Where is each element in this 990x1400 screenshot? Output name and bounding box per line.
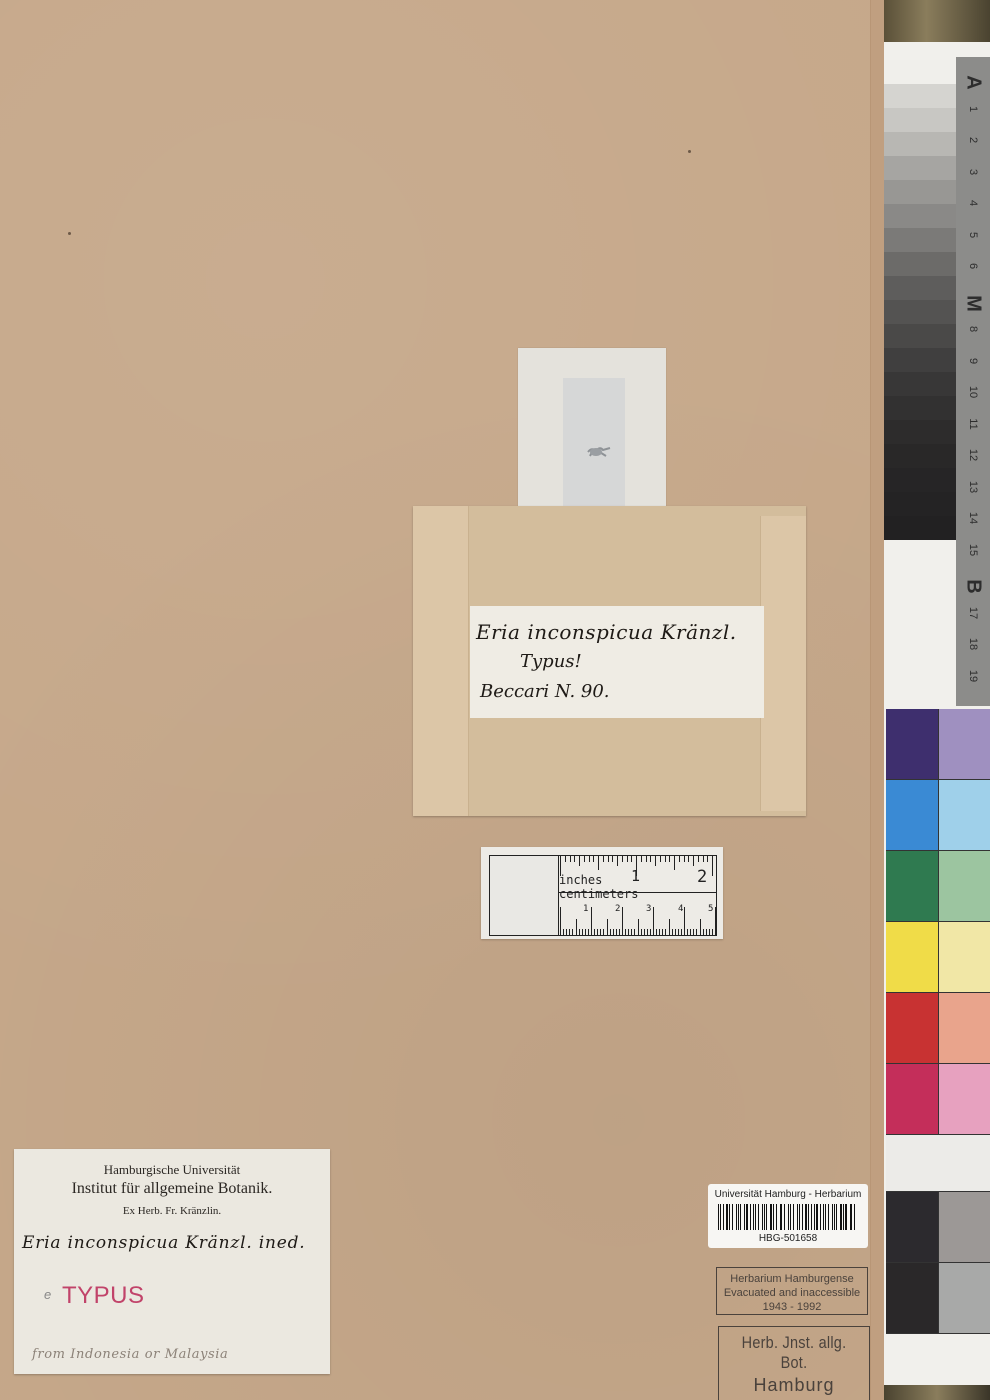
gray-step: [884, 324, 956, 348]
barcode-bar: [832, 1204, 833, 1230]
gray-step-label: 19: [967, 659, 979, 693]
cm-tick: [653, 907, 654, 935]
cm-tick: [634, 929, 635, 935]
glassine-packet: [518, 348, 666, 508]
gray-step: [884, 108, 956, 132]
barcode-institution: Universität Hamburg - Herbarium: [708, 1189, 868, 1200]
barcode-bar: [758, 1204, 759, 1230]
inch-tick: [612, 856, 613, 862]
cm-tick: [681, 929, 682, 935]
cm-tick: [706, 929, 707, 935]
herbarium-source: Ex Herb. Fr. Kränzlin.: [14, 1205, 330, 1217]
barcode-bar: [793, 1204, 794, 1230]
inch-tick: [598, 856, 599, 870]
gray-step: [884, 420, 956, 444]
barcode-bar: [850, 1204, 851, 1230]
color-patch-row: [886, 709, 990, 780]
scale-ruler: inches centimeters 1 2 1 2 3 4 5: [481, 847, 723, 939]
gray-step: [884, 204, 956, 228]
gray-step: [884, 132, 956, 156]
inch-tick: [589, 856, 590, 862]
cm-tick: [678, 929, 679, 935]
inch-tick: [570, 856, 571, 862]
inch-tick: [707, 856, 708, 862]
barcode-bar: [770, 1204, 772, 1230]
color-patch: [939, 709, 990, 779]
institute-stamp-line: Herb. Jnst. allg. Bot.: [730, 1333, 858, 1373]
inch-tick: [584, 856, 585, 862]
gray-step-label: 9: [967, 344, 979, 378]
cm-tick: [684, 907, 685, 935]
barcode-bar: [736, 1204, 737, 1230]
university-name: Hamburgische Universität: [14, 1162, 330, 1178]
gray-scale-labels: A123456M89101112131415B171819: [956, 57, 990, 706]
dark-patch-row: [886, 1192, 990, 1263]
background-shadow: [884, 0, 990, 42]
inch-tick: [703, 856, 704, 862]
barcode-bar: [723, 1204, 724, 1230]
cm-tick: [656, 929, 657, 935]
cm-mark-4: 4: [678, 904, 683, 914]
determination-typus: Typus!: [520, 651, 582, 672]
gray-step: [884, 396, 956, 420]
evacuation-stamp-line: 1943 - 1992: [717, 1300, 867, 1314]
barcode-bar: [823, 1204, 824, 1230]
barcode-bar: [854, 1204, 855, 1230]
envelope-flap-left: [413, 506, 469, 816]
inch-tick: [593, 856, 594, 862]
barcode-bar: [808, 1204, 809, 1230]
cm-tick: [709, 929, 710, 935]
cm-tick: [603, 929, 604, 935]
barcode-bar: [825, 1204, 826, 1230]
gray-step: [884, 372, 956, 396]
inch-tick: [631, 856, 632, 862]
cm-tick: [594, 929, 595, 935]
gray-step-label: 5: [967, 218, 979, 252]
gray-step: [884, 252, 956, 276]
gray-step-label: 6: [967, 249, 979, 283]
gray-step-label: 17: [967, 596, 979, 630]
evacuation-stamp: Herbarium Hamburgense Evacuated and inac…: [716, 1267, 868, 1315]
barcode-bar: [718, 1204, 719, 1230]
gray-step: [884, 180, 956, 204]
inch-tick: [684, 856, 685, 862]
barcode-bar: [784, 1204, 785, 1230]
background-shadow: [884, 1385, 990, 1400]
determination-name: Eria inconspicua Kränzl.: [476, 620, 737, 644]
barcode-bar: [773, 1204, 774, 1230]
gray-step: [884, 228, 956, 252]
barcode-bar: [776, 1204, 777, 1230]
cm-tick: [641, 929, 642, 935]
color-patch: [886, 1064, 939, 1134]
gray-step: [884, 156, 956, 180]
cm-tick: [665, 929, 666, 935]
barcode-bar: [788, 1204, 789, 1230]
cm-tick: [610, 929, 611, 935]
color-patch: [886, 993, 939, 1063]
gray-step-label: 1: [967, 92, 979, 126]
inch-tick: [603, 856, 604, 862]
cm-tick: [644, 929, 645, 935]
barcode-bar: [814, 1204, 815, 1230]
sheet-edge: [870, 0, 885, 1400]
cm-tick: [638, 919, 639, 935]
barcode-bar: [746, 1204, 748, 1230]
gray-step-label: 12: [967, 438, 979, 472]
barcode-bar: [780, 1204, 781, 1230]
barcode-bar: [790, 1204, 792, 1230]
debris-dot: [688, 150, 691, 153]
gray-step: [884, 468, 956, 492]
color-patch: [886, 780, 939, 850]
cm-tick: [700, 919, 701, 935]
cm-tick: [690, 929, 691, 935]
institute-stamp-line: Hamburg: [719, 1375, 869, 1396]
inch-tick: [712, 856, 713, 876]
cm-tick: [659, 929, 660, 935]
barcode-bar: [805, 1204, 806, 1230]
cm-mark-3: 3: [646, 904, 651, 914]
barcode-bar: [836, 1204, 837, 1230]
gray-step-label: 13: [967, 470, 979, 504]
ruler-blank-area: [490, 856, 559, 935]
gray-scale-strip: [884, 60, 956, 540]
gray-step: [884, 276, 956, 300]
inch-tick: [660, 856, 661, 862]
barcode-bar: [828, 1204, 829, 1230]
cm-tick: [703, 929, 704, 935]
gray-step: [884, 444, 956, 468]
cm-tick: [672, 929, 673, 935]
barcode-bar: [726, 1204, 728, 1230]
origin-note: from Indonesia or Malaysia: [32, 1347, 228, 1362]
inch-tick: [650, 856, 651, 862]
barcode-bar: [845, 1204, 846, 1230]
gray-step-label: 10: [967, 375, 979, 409]
cm-tick: [591, 907, 592, 935]
evacuation-stamp-line: Herbarium Hamburgense: [717, 1272, 867, 1286]
centimeters-label: centimeters: [559, 887, 638, 901]
inch-tick: [665, 856, 666, 862]
cm-tick: [607, 919, 608, 935]
cm-tick: [712, 929, 713, 935]
inch-tick: [693, 856, 694, 866]
cm-tick: [675, 929, 676, 935]
inch-tick: [669, 856, 670, 862]
color-patch: [939, 1263, 990, 1333]
gray-step-label: 2: [967, 123, 979, 157]
barcode-bar: [799, 1204, 800, 1230]
cm-mark-5: 5: [708, 904, 713, 914]
color-patch: [939, 993, 990, 1063]
inch-tick: [674, 856, 675, 870]
color-patch: [939, 922, 990, 992]
barcode-bar: [720, 1204, 721, 1230]
cm-tick: [631, 929, 632, 935]
color-patch: [939, 780, 990, 850]
cm-tick: [696, 929, 697, 935]
barcode-bar: [750, 1204, 751, 1230]
inch-tick: [655, 856, 656, 866]
cm-tick: [597, 929, 598, 935]
institute-stamp: Herb. Jnst. allg. Bot. Hamburg: [718, 1326, 870, 1400]
gray-step: [884, 84, 956, 108]
barcode-bar: [764, 1204, 765, 1230]
color-patch: [886, 1192, 939, 1262]
color-patch: [886, 1263, 939, 1333]
cm-tick: [569, 929, 570, 935]
cm-tick: [572, 929, 573, 935]
white-patch: [886, 1135, 990, 1192]
inch-tick: [622, 856, 623, 862]
gray-step-label: 15: [967, 533, 979, 567]
cm-tick: [563, 929, 564, 935]
gray-step-label: 14: [967, 501, 979, 535]
color-patch-row: [886, 922, 990, 993]
barcode-bar: [729, 1204, 730, 1230]
institution-label: Hamburgische Universität Institut für al…: [14, 1149, 330, 1374]
barcode-bar: [797, 1204, 798, 1230]
inch-tick: [646, 856, 647, 862]
evacuation-stamp-line: Evacuated and inaccessible: [717, 1286, 867, 1300]
barcode-bar: [781, 1204, 782, 1230]
gray-step: [884, 348, 956, 372]
gray-step-label: 11: [967, 407, 979, 441]
color-patch-row: [886, 851, 990, 922]
barcode-bar: [820, 1204, 821, 1230]
barcode-bar: [753, 1204, 754, 1230]
barcode-bar: [762, 1204, 763, 1230]
gray-step-label: 4: [967, 186, 979, 220]
barcode-bar: [816, 1204, 818, 1230]
cm-mark-2: 2: [615, 904, 620, 914]
gray-step: [884, 492, 956, 516]
color-patch: [886, 851, 939, 921]
cm-tick: [613, 929, 614, 935]
inch-tick: [617, 856, 618, 866]
color-patch: [886, 922, 939, 992]
cm-tick: [687, 929, 688, 935]
pencil-mark: e: [44, 1287, 51, 1302]
cm-tick: [622, 907, 623, 935]
color-patch: [939, 1192, 990, 1262]
cm-mark-1: 1: [583, 904, 588, 914]
envelope-flap-right: [760, 516, 806, 811]
cm-tick: [628, 929, 629, 935]
barcode-bar: [834, 1204, 835, 1230]
color-patch-grid: [886, 709, 990, 1334]
color-patch-row: [886, 993, 990, 1064]
inch-tick: [574, 856, 575, 862]
cm-tick: [600, 929, 601, 935]
barcode-number: HBG-501658: [708, 1233, 868, 1244]
inch-tick: [641, 856, 642, 862]
cm-tick: [647, 929, 648, 935]
inches-label: inches: [559, 873, 602, 887]
barcode-label: Universität Hamburg - Herbarium HBG-5016…: [708, 1184, 868, 1248]
cm-tick: [669, 919, 670, 935]
gray-step-label: 18: [967, 627, 979, 661]
barcode-bar: [732, 1204, 733, 1230]
handwritten-taxon: Eria inconspicua Kränzl. ined.: [22, 1233, 306, 1253]
inch-tick: [679, 856, 680, 862]
cm-tick: [625, 929, 626, 935]
cm-tick: [650, 929, 651, 935]
cm-tick: [588, 929, 589, 935]
barcode-bar: [802, 1204, 803, 1230]
barcode-icon: [718, 1204, 858, 1230]
inch-tick: [627, 856, 628, 862]
barcode-bar: [755, 1204, 756, 1230]
color-patch: [939, 1064, 990, 1134]
cm-tick: [579, 929, 580, 935]
cm-tick: [585, 929, 586, 935]
cm-tick: [619, 929, 620, 935]
gray-step-label: 3: [967, 155, 979, 189]
barcode-bar: [811, 1204, 812, 1230]
cm-tick: [582, 929, 583, 935]
dark-patch-row: [886, 1263, 990, 1334]
color-patch: [939, 851, 990, 921]
gray-step-label: 8: [967, 312, 979, 346]
determination-label: Eria inconspicua Kränzl. Typus! Beccari …: [470, 606, 764, 718]
cm-tick: [576, 919, 577, 935]
cm-tick: [560, 907, 561, 935]
barcode-bar: [766, 1204, 767, 1230]
color-patch-row: [886, 780, 990, 851]
color-patch-row: [886, 1064, 990, 1135]
inch-tick: [688, 856, 689, 862]
barcode-bar: [843, 1204, 844, 1230]
determination-collector: Beccari N. 90.: [480, 681, 610, 702]
barcode-bar: [744, 1204, 745, 1230]
cm-tick: [693, 929, 694, 935]
inch-tick: [608, 856, 609, 862]
cm-tick: [616, 929, 617, 935]
debris-dot: [68, 232, 71, 235]
barcode-bar: [851, 1204, 852, 1230]
cm-tick: [662, 929, 663, 935]
barcode-bar: [840, 1204, 842, 1230]
specimen-fragment-icon: [586, 443, 612, 459]
inch-mark-1: 1: [631, 867, 640, 885]
gray-step: [884, 60, 956, 84]
gray-step: [884, 300, 956, 324]
color-patch: [886, 709, 939, 779]
typus-stamp: TYPUS: [62, 1282, 145, 1310]
cm-tick: [715, 907, 716, 935]
gray-step: [884, 516, 956, 540]
cm-tick: [566, 929, 567, 935]
inch-tick: [565, 856, 566, 862]
barcode-bar: [738, 1204, 739, 1230]
color-calibration-card: A123456M89101112131415B171819: [884, 42, 990, 1385]
barcode-bar: [740, 1204, 741, 1230]
institute-name: Institut für allgemeine Botanik.: [14, 1180, 330, 1198]
inch-tick: [698, 856, 699, 862]
inch-tick: [579, 856, 580, 866]
inch-mark-2: 2: [697, 867, 707, 887]
